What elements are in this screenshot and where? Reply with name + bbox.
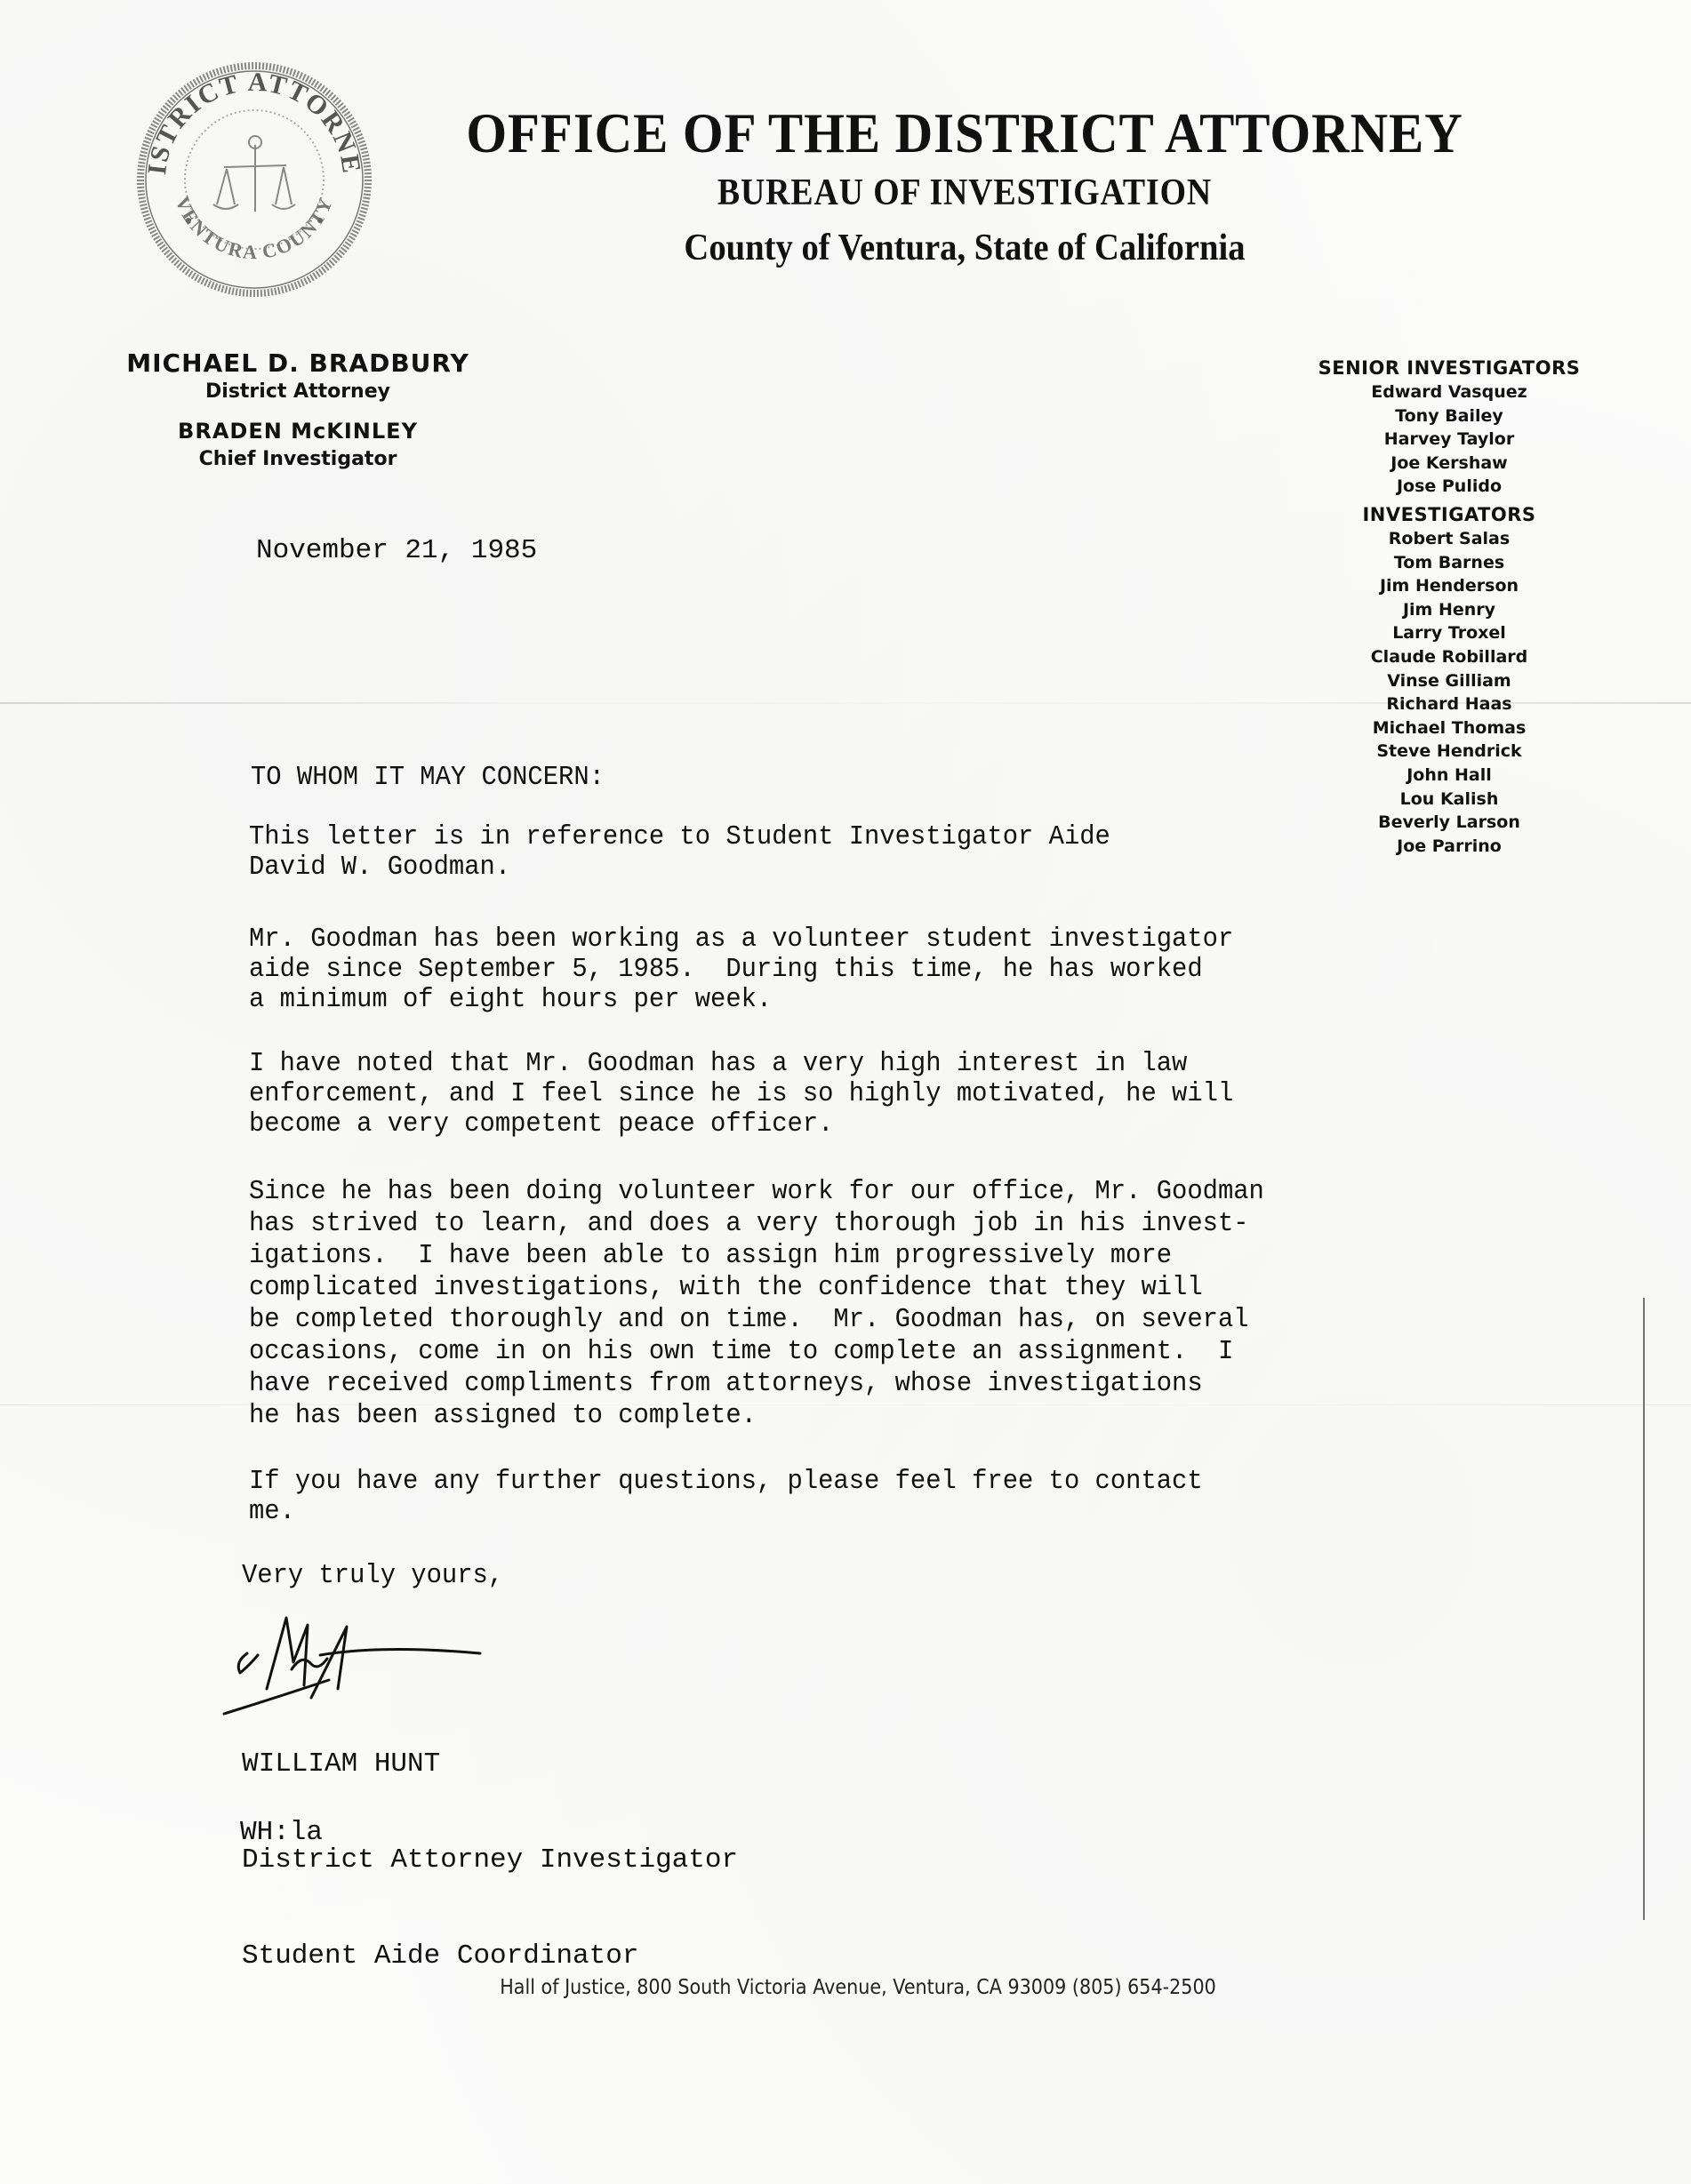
senior-investigator-name: Edward Vasquez xyxy=(1298,380,1600,404)
letter-paragraph: This letter is in reference to Student I… xyxy=(249,822,1110,883)
letter-paragraph: Since he has been doing volunteer work f… xyxy=(249,1176,1264,1432)
investigator-name: Lou Kalish xyxy=(1298,788,1600,812)
letter-closing: Very truly yours, xyxy=(242,1560,503,1591)
letterhead-bureau: BUREAU OF INVESTIGATION xyxy=(449,174,1481,212)
reference-initials: WH:la xyxy=(240,1817,323,1848)
investigator-name: Joe Parrino xyxy=(1298,835,1600,859)
chief-investigator-name: BRADEN McKINLEY xyxy=(116,416,480,446)
letter-paragraph: If you have any further questions, pleas… xyxy=(249,1467,1203,1527)
letterhead-title: OFFICE OF THE DISTRICT ATTORNEY xyxy=(437,105,1493,162)
investigator-name: Richard Haas xyxy=(1298,692,1600,716)
investigator-name: Jim Henry xyxy=(1298,598,1600,622)
letter-salutation: TO WHOM IT MAY CONCERN: xyxy=(251,762,605,793)
district-attorney-name: MICHAEL D. BRADBURY xyxy=(116,348,480,379)
signer-role: Student Aide Coordinator xyxy=(242,1940,738,1972)
signer-title: District Attorney Investigator xyxy=(242,1844,738,1876)
investigator-name: Jim Henderson xyxy=(1298,574,1600,598)
senior-investigators-heading: SENIOR INVESTIGATORS xyxy=(1298,356,1600,380)
investigator-name: John Hall xyxy=(1298,764,1600,788)
officials-block: MICHAEL D. BRADBURY District Attorney BR… xyxy=(116,348,480,473)
district-attorney-seal-icon: DISTRICT ATTORNEY VENTURA COUNTY xyxy=(135,60,373,299)
investigator-name: Tom Barnes xyxy=(1298,551,1600,575)
senior-investigator-name: Jose Pulido xyxy=(1298,475,1600,499)
senior-investigator-name: Harvey Taylor xyxy=(1298,428,1600,452)
letterhead-jurisdiction: County of Ventura, State of California xyxy=(437,229,1493,267)
chief-investigator-title: Chief Investigator xyxy=(116,446,480,473)
investigator-name: Vinse Gilliam xyxy=(1298,669,1600,693)
investigator-name: Steve Hendrick xyxy=(1298,740,1600,764)
investigator-name: Claude Robillard xyxy=(1298,645,1600,669)
investigator-roster: SENIOR INVESTIGATORS Edward Vasquez Tony… xyxy=(1298,356,1600,858)
investigator-name: Beverly Larson xyxy=(1298,811,1600,835)
senior-investigator-name: Joe Kershaw xyxy=(1298,452,1600,476)
district-attorney-title: District Attorney xyxy=(116,379,480,405)
investigator-name: Larry Troxel xyxy=(1298,621,1600,645)
investigator-name: Robert Salas xyxy=(1298,527,1600,551)
investigators-heading: INVESTIGATORS xyxy=(1298,502,1600,527)
letter-paragraph: I have noted that Mr. Goodman has a very… xyxy=(249,1049,1233,1140)
letter-paragraph: Mr. Goodman has been working as a volunt… xyxy=(249,924,1233,1015)
senior-investigator-name: Tony Bailey xyxy=(1298,404,1600,428)
investigator-name: Michael Thomas xyxy=(1298,716,1600,740)
svg-text:DISTRICT ATTORNEY: DISTRICT ATTORNEY xyxy=(135,60,366,176)
letter-page: DISTRICT ATTORNEY VENTURA COUNTY OFFICE … xyxy=(0,0,1691,2184)
paper-edge xyxy=(1643,1298,1645,1920)
letter-date: November 21, 1985 xyxy=(256,535,537,566)
footer-address: Hall of Justice, 800 South Victoria Aven… xyxy=(438,1976,1278,1999)
signer-name: WILLIAM HUNT xyxy=(242,1748,738,1780)
